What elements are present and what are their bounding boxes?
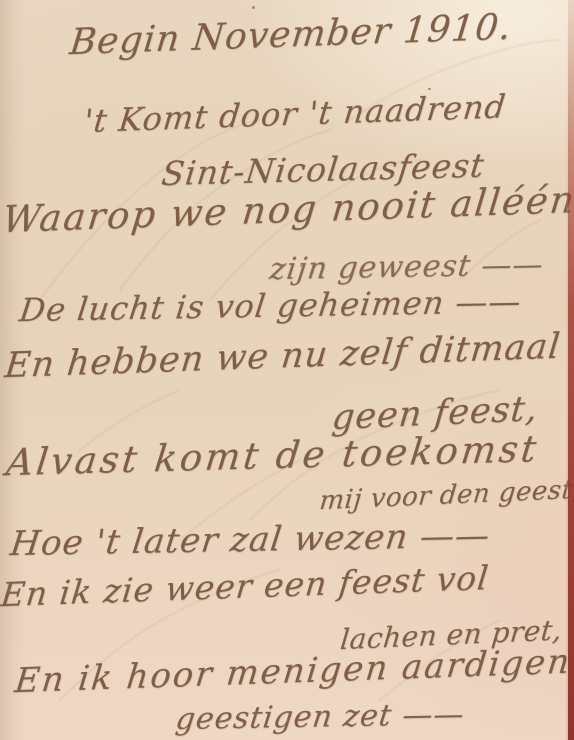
verse-line-8: Alvast komt de toekomst xyxy=(4,427,541,484)
verse-line-9: mij voor den geest, xyxy=(318,475,574,517)
verse-line-14: geestigen zet —— xyxy=(174,697,467,737)
ink-speck xyxy=(252,6,255,9)
manuscript-page: Begin November 1910. 't Komt door 't naa… xyxy=(0,0,574,740)
verse-line-13: En ik hoor menigen aardigen xyxy=(13,642,574,702)
verse-line-1: 't Komt door 't naadrend xyxy=(82,87,508,140)
verse-line-5: De lucht is vol geheimen —— xyxy=(17,282,524,329)
verse-line-4: zijn geweest —— xyxy=(268,247,546,287)
verse-line-10: Hoe 't later zal wezen —— xyxy=(8,516,493,564)
verse-line-11: En ik zie weer een feest vol xyxy=(0,558,491,614)
ink-speck xyxy=(300,265,302,267)
verse-line-3: Waarop we nog nooit alléén xyxy=(0,178,574,241)
verse-line-6: En hebben we nu zelf ditmaal xyxy=(3,327,563,387)
date-heading: Begin November 1910. xyxy=(68,7,514,64)
red-fore-edge xyxy=(568,0,574,740)
ink-speck xyxy=(428,88,431,90)
